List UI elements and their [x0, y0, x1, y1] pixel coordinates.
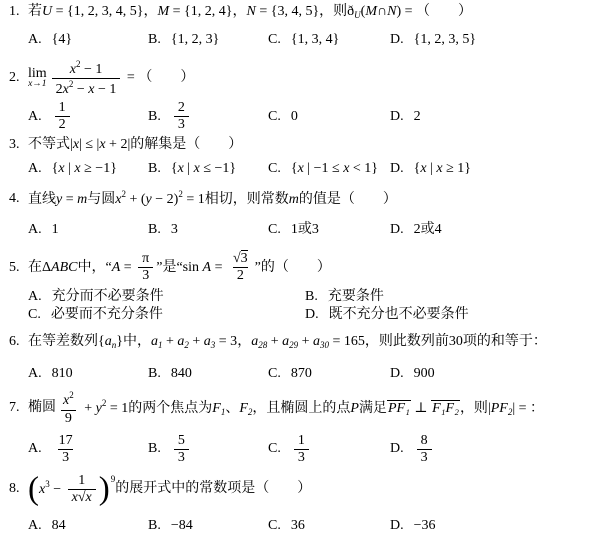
question-7-options: A.173 B.53 C.13 D.83 — [0, 433, 606, 466]
option-6a: A.810 — [28, 365, 148, 383]
left-parenthesis: ( — [28, 474, 39, 505]
option-1d-text: {1, 2, 3, 5} — [414, 31, 476, 49]
math-segment: = 1 — [183, 192, 205, 207]
math-segment: F₁F₂ — [431, 400, 460, 416]
option-6c-text: 870 — [291, 365, 312, 383]
question-7-text-pre: 椭圆 — [28, 399, 56, 417]
math-segment: ， — [143, 4, 157, 19]
math-segment: = {3, 4, 5} — [256, 4, 319, 19]
limit-operator: lim — [28, 67, 47, 80]
exam-page: 1. 若U = {1, 2, 3, 4, 5}，M = {1, 2, 4}，N … — [0, 0, 606, 556]
option-1b: B.{1, 2, 3} — [148, 31, 268, 49]
fraction-denominator: 2x2 − x − 1 — [52, 78, 121, 98]
fraction-denominator: 3 — [294, 449, 309, 466]
math-segment: a — [204, 334, 211, 349]
question-7: 7. 椭圆 x2 9 + y2 = 1的两个焦点为F1、F2，且椭圆上的点P满足… — [0, 390, 606, 465]
option-4b-label: B. — [148, 221, 161, 239]
math-segment: 的值是（ ） — [299, 192, 397, 207]
math-segment: + — [81, 401, 96, 416]
math-segment: 不等式 — [28, 137, 70, 152]
math-segment: − — [73, 82, 88, 97]
option-2b-fraction: 23 — [174, 100, 189, 133]
option-5a-label: A. — [28, 288, 42, 306]
question-3: 3. 不等式|x| ≤ |x + 2|的解集是（ ） A.{x | x ≥ −1… — [0, 136, 606, 178]
math-segment: 30 — [449, 334, 463, 349]
math-segment: Δ — [42, 260, 51, 275]
math-segment: − 1 — [80, 62, 102, 77]
option-2d-label: D. — [390, 108, 404, 126]
option-5b: B.充要条件 — [305, 288, 606, 306]
math-segment: 在 — [28, 260, 42, 275]
math-segment: A — [112, 260, 121, 275]
math-segment: A — [203, 260, 212, 275]
math-segment: 与圆 — [87, 192, 115, 207]
math-segment: | — [65, 161, 75, 176]
math-segment: 项的和等于： — [463, 334, 547, 349]
math-segment: = 3 — [215, 334, 237, 349]
option-3c-text: {x | −1 ≤ x < 1} — [291, 160, 378, 178]
math-segment: { — [98, 334, 105, 349]
fraction-denominator: 3 — [174, 449, 189, 466]
option-6d: D.900 — [390, 365, 606, 383]
math-segment: − 2) — [152, 192, 179, 207]
option-2c-text: 0 — [291, 108, 298, 126]
fraction-denominator: 2 — [233, 267, 248, 284]
option-7d-fraction: 83 — [417, 433, 432, 466]
question-2: 2. lim x→1 x2 − 1 2x2 − x − 1 = （ ） A.12… — [0, 59, 606, 133]
option-5b-text: 充要条件 — [328, 288, 384, 306]
option-8a-label: A. — [28, 517, 42, 535]
option-2b-label: B. — [148, 108, 161, 126]
option-7c-label: C. — [268, 440, 281, 458]
option-8b-text: −84 — [171, 517, 193, 535]
math-segment: { — [171, 161, 178, 176]
question-1: 1. 若U = {1, 2, 3, 4, 5}，M = {1, 2, 4}，N … — [0, 3, 606, 49]
fraction-numerator: 2 — [174, 100, 189, 116]
option-3c-label: C. — [268, 160, 281, 178]
fraction-denominator: 3 — [58, 449, 73, 466]
math-segment: N — [246, 4, 255, 19]
option-5c: C.必要而不充分条件 — [28, 306, 305, 324]
question-4-text: 直线y = m与圆x2 + (y − 2)2 = 1相切，则常数m的值是（ ） — [28, 189, 397, 209]
option-3a-text: {x | x ≥ −1} — [52, 160, 117, 178]
question-7-stem: 7. 椭圆 x2 9 + y2 = 1的两个焦点为F1、F2，且椭圆上的点P满足… — [0, 390, 606, 426]
fraction-denominator: 9 — [61, 410, 76, 427]
math-segment: = {1, 2, 4} — [169, 4, 232, 19]
math-segment: = 165 — [329, 334, 365, 349]
fraction-numerator: 1 — [74, 473, 89, 489]
option-8a-text: 84 — [52, 517, 66, 535]
question-3-options: A.{x | x ≥ −1} B.{x | x ≤ −1} C.{x | −1 … — [0, 160, 606, 178]
option-2a-label: A. — [28, 108, 42, 126]
option-6b-label: B. — [148, 365, 161, 383]
math-segment: 的解集是（ ） — [130, 137, 242, 152]
option-2a: A.12 — [28, 100, 148, 133]
option-6d-label: D. — [390, 365, 404, 383]
option-7a: A.173 — [28, 433, 148, 466]
math-segment: } — [116, 334, 123, 349]
option-1d: D.{1, 2, 3, 5} — [390, 31, 606, 49]
math-segment: ⊥ — [411, 401, 431, 416]
option-5c-label: C. — [28, 306, 41, 324]
option-4a-text: 1 — [52, 221, 59, 239]
fraction-numerator: 17 — [55, 433, 77, 449]
option-3b-text: {x | x ≤ −1} — [171, 160, 236, 178]
math-segment: ， — [237, 334, 251, 349]
limit-approach: x→1 — [28, 80, 46, 90]
question-5-options-row2: C.必要而不充分条件 D.既不充分也不必要条件 — [0, 306, 606, 324]
option-5d-label: D. — [305, 306, 319, 324]
option-3b-label: B. — [148, 160, 161, 178]
math-segment: | ≤ | — [79, 137, 99, 152]
option-7b: B.53 — [148, 433, 268, 466]
sqrt3-over-2-fraction: √3 2 — [229, 251, 252, 284]
math-segment: 的展开式中的常数项是（ ） — [115, 481, 311, 496]
option-5a: A.充分而不必要条件 — [28, 288, 305, 306]
right-parenthesis: ) — [99, 474, 110, 505]
option-2a-fraction: 12 — [55, 100, 70, 133]
option-3b: B.{x | x ≤ −1} — [148, 160, 268, 178]
math-segment: | — [184, 161, 194, 176]
math-segment: ∩ — [377, 4, 387, 19]
math-segment: ，则 — [319, 4, 347, 19]
option-3a-label: A. — [28, 160, 42, 178]
option-8d: D.−36 — [390, 517, 606, 535]
question-2-options: A.12 B.23 C.0 D.2 — [0, 100, 606, 133]
math-segment: = （ ） — [123, 70, 194, 85]
option-1b-label: B. — [148, 31, 161, 49]
option-8a: A.84 — [28, 517, 148, 535]
option-6b-text: 840 — [171, 365, 192, 383]
math-segment: = — [211, 260, 226, 275]
option-4b: B.3 — [148, 221, 268, 239]
fraction-numerator: x2 — [59, 390, 78, 409]
limit-notation: lim x→1 — [28, 67, 47, 90]
math-segment: ≥ 1} — [443, 161, 471, 176]
question-3-stem: 3. 不等式|x| ≤ |x + 2|的解集是（ ） — [0, 136, 606, 154]
option-4d-text: 2或4 — [414, 221, 442, 239]
option-1c-text: {1, 3, 4} — [291, 31, 339, 49]
math-segment: √ — [78, 490, 86, 505]
question-1-number: 1. — [0, 3, 28, 21]
question-3-number: 3. — [0, 136, 28, 154]
math-segment: 1 — [78, 473, 85, 488]
option-6c: C.870 — [268, 365, 390, 383]
question-2-stem: 2. lim x→1 x2 − 1 2x2 − x − 1 = （ ） — [0, 59, 606, 98]
question-5-options-row1: A.充分而不必要条件 B.充要条件 — [0, 288, 606, 306]
option-3d: D.{x | x ≥ 1} — [390, 160, 606, 178]
math-segment: 2 — [237, 268, 244, 283]
option-2c: C.0 — [268, 100, 390, 133]
math-segment: | −1 ≤ — [304, 161, 343, 176]
math-segment: { — [291, 161, 298, 176]
fraction-numerator: x2 − 1 — [66, 59, 107, 78]
question-7-number: 7. — [0, 399, 28, 417]
question-6-options: A.810 B.840 C.870 D.900 — [0, 365, 606, 383]
pi-thirds-fraction: π 3 — [138, 251, 153, 284]
option-7a-fraction: 173 — [55, 433, 77, 466]
question-8-options: A.84 B.−84 C.36 D.−36 — [0, 517, 606, 535]
math-segment: 2 — [56, 82, 63, 97]
math-segment: 椭圆 — [28, 400, 56, 415]
math-segment: 中， — [123, 334, 151, 349]
math-segment: | = ： — [512, 401, 544, 416]
math-segment: F — [239, 401, 248, 416]
math-segment: ≤ −1} — [200, 161, 236, 176]
math-segment: + 2| — [106, 137, 131, 152]
math-segment: π — [142, 251, 149, 266]
question-6-number: 6. — [0, 333, 28, 351]
math-segment: 3 — [142, 268, 149, 283]
question-1-options: A.{4} B.{1, 2, 3} C.{1, 3, 4} D.{1, 2, 3… — [0, 31, 606, 49]
option-8b-label: B. — [148, 517, 161, 535]
question-2-text: = （ ） — [123, 69, 194, 87]
option-4a: A.1 — [28, 221, 148, 239]
option-4a-label: A. — [28, 221, 42, 239]
math-segment: m — [289, 192, 299, 207]
option-4d: D.2或4 — [390, 221, 606, 239]
fraction-denominator: 3 — [174, 116, 189, 133]
math-segment: ) = （ ） — [396, 4, 472, 19]
math-segment: M — [157, 4, 169, 19]
question-6-text: 在等差数列{an}中，a1 + a2 + a3 = 3，a28 + a29 + … — [28, 333, 547, 352]
math-segment: + — [189, 334, 204, 349]
option-8c-text: 36 — [291, 517, 305, 535]
option-8c: C.36 — [268, 517, 390, 535]
fraction-denominator: x√x — [68, 489, 96, 506]
math-segment: 29 — [289, 340, 298, 350]
question-4-number: 4. — [0, 190, 28, 208]
math-segment: ，且椭圆上的点 — [252, 401, 350, 416]
question-5-number: 5. — [0, 259, 28, 277]
option-5d-text: 既不充分也不必要条件 — [329, 306, 469, 324]
math-segment: = — [120, 260, 135, 275]
ellipse-fraction: x2 9 — [59, 390, 78, 426]
math-segment: 中，“ — [77, 260, 111, 275]
question-8-stem: 8. ( x3 − 1 x√x ) 9 的展开式中的常数项是（ ） — [0, 473, 606, 506]
math-segment: PF — [491, 401, 508, 416]
option-8c-label: C. — [268, 517, 281, 535]
math-segment: x — [86, 489, 92, 505]
option-2d-text: 2 — [414, 108, 421, 126]
option-6b: B.840 — [148, 365, 268, 383]
question-4-stem: 4. 直线y = m与圆x2 + (y − 2)2 = 1相切，则常数m的值是（… — [0, 189, 606, 209]
question-5: 5. 在ΔABC中，“A = π 3 ”是“sin A = √3 2 ”的（ ）… — [0, 251, 606, 325]
question-5-stem: 5. 在ΔABC中，“A = π 3 ”是“sin A = √3 2 ”的（ ） — [0, 251, 606, 284]
option-7b-fraction: 53 — [174, 433, 189, 466]
option-3d-text: {x | x ≥ 1} — [414, 160, 471, 178]
math-segment: + — [267, 334, 282, 349]
math-segment: F — [212, 401, 221, 416]
fraction-numerator: 5 — [174, 433, 189, 449]
option-5d: D.既不充分也不必要条件 — [305, 306, 606, 324]
math-segment: ≥ −1} — [81, 161, 117, 176]
option-6d-text: 900 — [414, 365, 435, 383]
math-segment: ”的（ ） — [255, 260, 331, 275]
fraction-numerator: √3 — [229, 251, 252, 267]
option-8d-label: D. — [390, 517, 404, 535]
option-4d-label: D. — [390, 221, 404, 239]
math-segment: a — [151, 334, 158, 349]
question-8-number: 8. — [0, 480, 28, 498]
question-3-text: 不等式|x| ≤ |x + 2|的解集是（ ） — [28, 136, 242, 154]
option-1a: A.{4} — [28, 31, 148, 49]
math-segment: m — [77, 192, 87, 207]
option-3d-label: D. — [390, 160, 404, 178]
math-segment: = {1, 2, 3, 4, 5} — [52, 4, 143, 19]
option-2c-label: C. — [268, 108, 281, 126]
fraction-numerator: 1 — [294, 433, 309, 449]
math-segment: 、 — [225, 401, 239, 416]
limit-fraction: x2 − 1 2x2 − x − 1 — [52, 59, 121, 98]
math-segment: a — [105, 334, 112, 349]
option-3c: C.{x | −1 ≤ x < 1} — [268, 160, 390, 178]
math-segment: 28 — [258, 340, 267, 350]
option-3a: A.{x | x ≥ −1} — [28, 160, 148, 178]
math-segment: − — [50, 482, 65, 497]
question-6: 6. 在等差数列{an}中，a1 + a2 + a3 = 3，a28 + a29… — [0, 333, 606, 384]
question-1-text: 若U = {1, 2, 3, 4, 5}，M = {1, 2, 4}，N = {… — [28, 3, 472, 22]
math-segment: ，则此数列前 — [365, 334, 449, 349]
question-1-stem: 1. 若U = {1, 2, 3, 4, 5}，M = {1, 2, 4}，N … — [0, 3, 606, 22]
option-4c: C.1或3 — [268, 221, 390, 239]
binomial-fraction: 1 x√x — [68, 473, 96, 506]
option-8d-text: −36 — [414, 517, 436, 535]
option-8b: B.−84 — [148, 517, 268, 535]
question-8: 8. ( x3 − 1 x√x ) 9 的展开式中的常数项是（ ） A.84 B… — [0, 473, 606, 535]
math-segment: √ — [233, 251, 241, 266]
math-segment: 的两个焦点为 — [128, 401, 212, 416]
math-segment: U — [42, 4, 52, 19]
question-8-text: 的展开式中的常数项是（ ） — [115, 480, 311, 498]
fraction-denominator: 3 — [138, 267, 153, 284]
math-segment: 3 — [241, 250, 248, 266]
math-segment: ABC — [51, 260, 77, 275]
math-segment: 直线 — [28, 192, 56, 207]
option-5a-text: 充分而不必要条件 — [52, 288, 164, 306]
option-6a-label: A. — [28, 365, 42, 383]
fraction-denominator: 2 — [55, 116, 70, 133]
math-segment: < 1} — [349, 161, 378, 176]
fraction-numerator: 8 — [417, 433, 432, 449]
option-7d-label: D. — [390, 440, 404, 458]
option-1a-text: {4} — [52, 31, 72, 49]
question-8-binomial-left: x3 − — [39, 479, 65, 499]
option-1c-label: C. — [268, 31, 281, 49]
math-segment: = — [62, 192, 77, 207]
option-1b-text: {1, 2, 3} — [171, 31, 219, 49]
option-5c-text: 必要而不充分条件 — [51, 306, 163, 324]
math-segment: a — [313, 334, 320, 349]
math-segment: M — [365, 4, 377, 19]
math-segment: + — [162, 334, 177, 349]
math-segment: ， — [232, 4, 246, 19]
question-6-stem: 6. 在等差数列{an}中，a1 + a2 + a3 = 3，a28 + a29… — [0, 333, 606, 352]
math-segment: − 1 — [95, 82, 117, 97]
math-segment: P — [350, 401, 359, 416]
question-2-number: 2. — [0, 69, 28, 87]
option-7b-label: B. — [148, 440, 161, 458]
fraction-denominator: 3 — [417, 449, 432, 466]
math-segment: | — [427, 161, 437, 176]
math-segment: + ( — [126, 192, 146, 207]
option-5b-label: B. — [305, 288, 318, 306]
option-7c: C.13 — [268, 433, 390, 466]
math-segment: + — [298, 334, 313, 349]
question-4: 4. 直线y = m与圆x2 + (y − 2)2 = 1相切，则常数m的值是（… — [0, 189, 606, 239]
math-segment: ，则 — [460, 401, 488, 416]
math-segment: PF₁ — [387, 400, 411, 416]
option-7c-fraction: 13 — [294, 433, 309, 466]
option-1c: C.{1, 3, 4} — [268, 31, 390, 49]
fraction-numerator: π — [138, 251, 153, 267]
question-4-options: A.1 B.3 C.1或3 D.2或4 — [0, 221, 606, 239]
option-7d: D.83 — [390, 433, 606, 466]
option-4c-text: 1或3 — [291, 221, 319, 239]
math-segment: 2 — [69, 390, 74, 400]
option-6a-text: 810 — [52, 365, 73, 383]
fraction-numerator: 1 — [55, 100, 70, 116]
option-2b: B.23 — [148, 100, 268, 133]
math-segment: ”是“ — [156, 260, 182, 275]
question-5-text-pre: 在ΔABC中，“A = — [28, 259, 135, 277]
math-segment: 若 — [28, 4, 42, 19]
option-4c-label: C. — [268, 221, 281, 239]
math-segment: 9 — [65, 411, 72, 426]
math-segment: 在等差数列 — [28, 334, 98, 349]
option-1a-label: A. — [28, 31, 42, 49]
math-segment: 满足 — [359, 401, 387, 416]
option-1d-label: D. — [390, 31, 404, 49]
option-4b-text: 3 — [171, 221, 178, 239]
math-segment: 相切，则常数 — [205, 192, 289, 207]
option-2d: D.2 — [390, 100, 606, 133]
option-7a-label: A. — [28, 440, 42, 458]
question-5-text-mid: ”是“sin A = — [156, 259, 226, 277]
math-segment: = 1 — [106, 401, 128, 416]
math-segment: sin — [183, 260, 203, 275]
math-segment: 30 — [320, 340, 329, 350]
question-5-text-post: ”的（ ） — [255, 259, 331, 277]
question-7-text-post: + y2 = 1的两个焦点为F1、F2，且椭圆上的点P满足PF₁ ⊥ F₁F₂，… — [81, 398, 544, 419]
option-6c-label: C. — [268, 365, 281, 383]
